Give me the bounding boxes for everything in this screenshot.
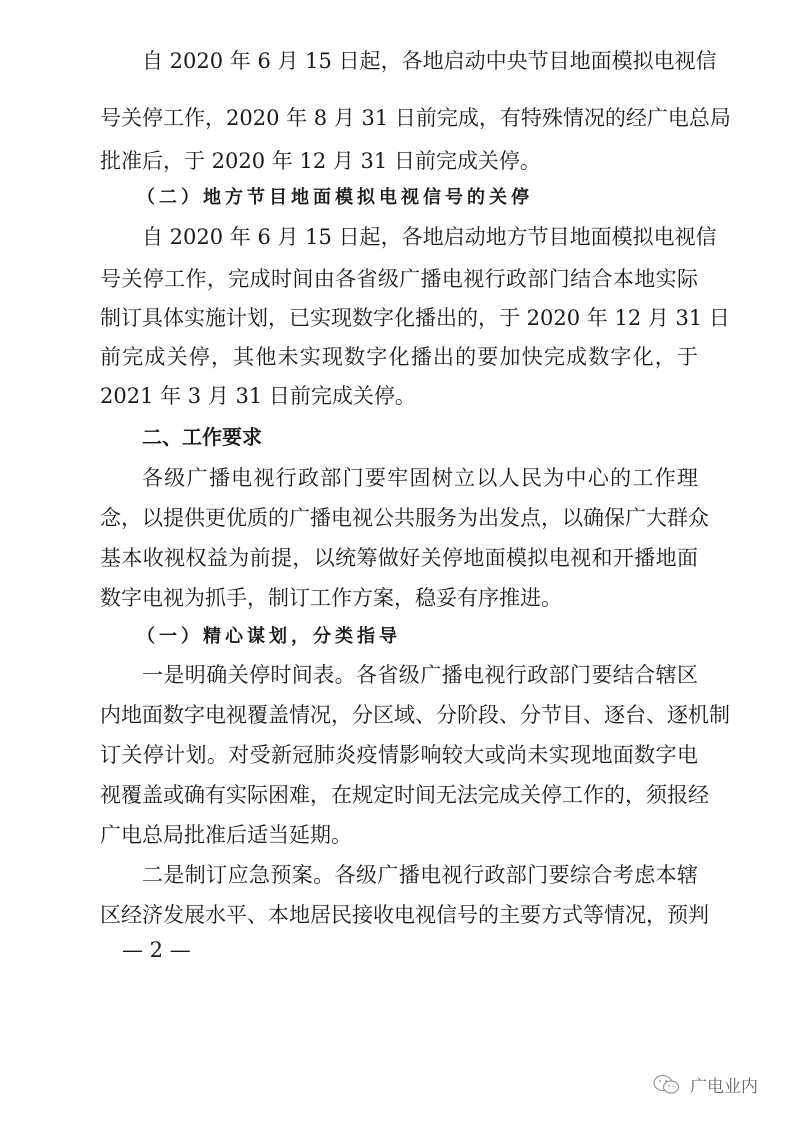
subsection-heading: （一）精心谋划，分类指导 [137,622,735,652]
watermark-label: 广电业内 [690,1072,758,1097]
text-line: 前完成关停，其他未实现数字化播出的要加快完成数字化，于 [100,342,698,372]
text-line: 区经济发展水平、本地居民接收电视信号的主要方式等情况，预判 [100,900,698,930]
text-line: 数字电视为抓手，制订工作方案，稳妥有序推进。 [100,583,698,613]
text-line: 基本收视权益为前提，以统筹做好关停地面模拟电视和开播地面 [100,543,698,573]
text-line: 念，以提供更优质的广播电视公共服务为出发点，以确保广大群众 [100,503,698,533]
section-heading: 二、工作要求 [142,422,698,452]
wechat-icon [652,1073,682,1097]
text-line: 视覆盖或确有实际困难，在规定时间无法完成关停工作的，须报经 [100,780,698,810]
text-line: 2021 年 3 月 31 日前完成关停。 [100,381,698,411]
text-line: 内地面数字电视覆盖情况，分区域、分阶段、分节目、逐台、逐机制 [100,700,698,730]
text-line: 制订具体实施计划，已实现数字化播出的，于 2020 年 12 月 31 日 [100,303,698,333]
text-line: 订关停计划。对受新冠肺炎疫情影响较大或尚未实现地面数字电 [100,740,698,770]
text-line: 一是明确关停时间表。各省级广播电视行政部门要结合辖区 [142,660,698,690]
page-number: — 2 — [122,935,191,965]
text-line: 广电总局批准后适当延期。 [100,820,698,850]
text-line: 自 2020 年 6 月 15 日起，各地启动地方节目地面模拟电视信 [142,222,698,252]
text-line: 批准后，于 2020 年 12 月 31 日前完成关停。 [100,146,698,176]
text-line: 自 2020 年 6 月 15 日起，各地启动中央节目地面模拟电视信 [142,46,698,76]
watermark: 广电业内 [652,1072,758,1097]
text-line: 号关停工作，2020 年 8 月 31 日前完成，有特殊情况的经广电总局 [100,103,698,133]
text-line: 二是制订应急预案。各级广播电视行政部门要综合考虑本辖 [142,860,698,890]
subsection-heading: （二）地方节目地面模拟电视信号的关停 [137,183,735,213]
text-line: 号关停工作，完成时间由各省级广播电视行政部门结合本地实际 [100,264,698,294]
text-line: 各级广播电视行政部门要牢固树立以人民为中心的工作理 [142,463,698,493]
